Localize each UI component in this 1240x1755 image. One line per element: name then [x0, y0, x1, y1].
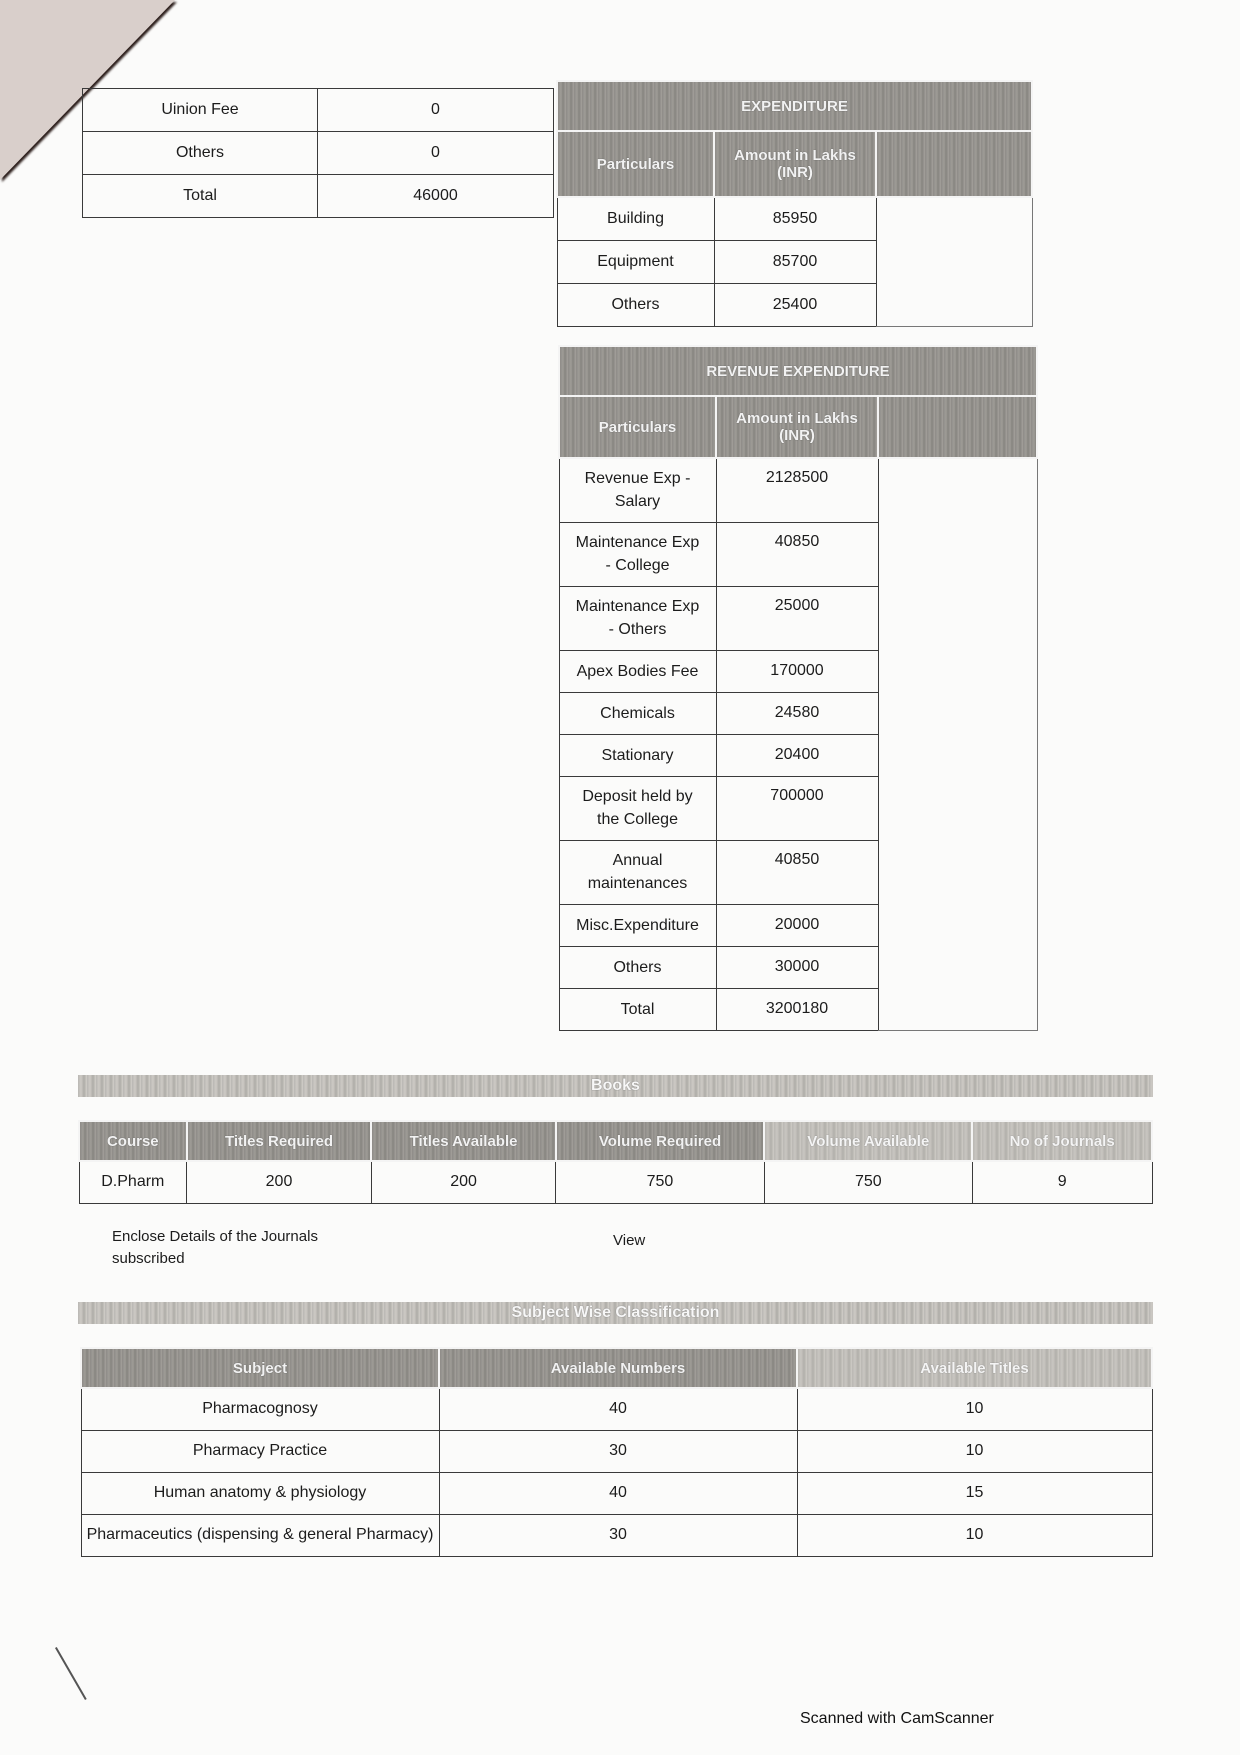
- fee-value: 0: [318, 89, 554, 132]
- subject-cell: 30: [439, 1514, 797, 1556]
- revenue-value: 24580: [716, 692, 878, 734]
- books-column-header: Titles Available: [371, 1121, 555, 1161]
- revenue-value: 20000: [716, 904, 878, 946]
- revenue-value: 2128500: [716, 458, 878, 522]
- revenue-value: 170000: [716, 650, 878, 692]
- fee-value: 0: [318, 132, 554, 175]
- expenditure-col-particulars: Particulars: [557, 131, 714, 197]
- expenditure-value: 25400: [714, 283, 876, 326]
- subject-cell: 10: [797, 1388, 1152, 1430]
- revenue-value: 20400: [716, 734, 878, 776]
- subject-cell: Human anatomy & physiology: [81, 1472, 439, 1514]
- subject-cell: Pharmacy Practice: [81, 1430, 439, 1472]
- revenue-col-particulars: Particulars: [559, 396, 716, 458]
- fee-label: Total: [83, 175, 318, 218]
- revenue-label: Others: [559, 946, 716, 988]
- revenue-value: 3200180: [716, 988, 878, 1030]
- expenditure-label: Others: [557, 283, 714, 326]
- subject-cell: Pharmacognosy: [81, 1388, 439, 1430]
- expenditure-table: EXPENDITURE Particulars Amount in Lakhs …: [556, 80, 1033, 327]
- subject-cell: 15: [797, 1472, 1152, 1514]
- revenue-label: Chemicals: [559, 692, 716, 734]
- subject-row: Pharmacy Practice3010: [81, 1430, 1152, 1472]
- revenue-expenditure-title: REVENUE EXPENDITURE: [559, 346, 1037, 396]
- revenue-label: Maintenance Exp - College: [559, 522, 716, 586]
- books-cell: D.Pharm: [79, 1161, 187, 1203]
- subject-cell: 10: [797, 1430, 1152, 1472]
- subject-cell: 10: [797, 1514, 1152, 1556]
- scanner-watermark: Scanned with CamScanner: [800, 1710, 994, 1728]
- books-column-header: No of Journals: [972, 1121, 1152, 1161]
- revenue-label: Total: [559, 988, 716, 1030]
- revenue-label: Deposit held by the College: [559, 776, 716, 840]
- expenditure-blank-cell: [876, 197, 1032, 326]
- expenditure-value: 85950: [714, 197, 876, 240]
- subject-cell: Pharmaceutics (dispensing & general Phar…: [81, 1514, 439, 1556]
- journals-label: Enclose Details of the Journals subscrib…: [112, 1226, 342, 1270]
- revenue-value: 40850: [716, 522, 878, 586]
- revenue-label: Misc.Expenditure: [559, 904, 716, 946]
- books-row: D.Pharm2002007507509: [79, 1161, 1152, 1203]
- books-table: CourseTitles RequiredTitles AvailableVol…: [78, 1120, 1153, 1204]
- journals-view-link[interactable]: View: [613, 1230, 645, 1252]
- revenue-col-blank: [878, 396, 1037, 458]
- books-column-header: Titles Required: [187, 1121, 372, 1161]
- subject-column-header: Available Titles: [797, 1348, 1152, 1388]
- revenue-value: 700000: [716, 776, 878, 840]
- pen-mark: [55, 1647, 87, 1700]
- revenue-label: Apex Bodies Fee: [559, 650, 716, 692]
- books-cell: 9: [972, 1161, 1152, 1203]
- revenue-row: Revenue Exp - Salary2128500: [559, 458, 1037, 522]
- subject-cell: 40: [439, 1388, 797, 1430]
- fee-label: Others: [83, 132, 318, 175]
- fee-value: 46000: [318, 175, 554, 218]
- expenditure-label: Building: [557, 197, 714, 240]
- subject-column-header: Subject: [81, 1348, 439, 1388]
- expenditure-label: Equipment: [557, 240, 714, 283]
- expenditure-row: Building85950: [557, 197, 1032, 240]
- books-cell: 750: [764, 1161, 972, 1203]
- revenue-label: Maintenance Exp - Others: [559, 586, 716, 650]
- expenditure-col-blank: [876, 131, 1032, 197]
- revenue-label: Annual maintenances: [559, 840, 716, 904]
- subject-wise-table: SubjectAvailable NumbersAvailable Titles…: [80, 1347, 1153, 1557]
- books-column-header: Course: [79, 1121, 187, 1161]
- fee-row: Others0: [83, 132, 554, 175]
- subject-column-header: Available Numbers: [439, 1348, 797, 1388]
- subject-cell: 30: [439, 1430, 797, 1472]
- subject-cell: 40: [439, 1472, 797, 1514]
- revenue-value: 40850: [716, 840, 878, 904]
- books-cell: 200: [371, 1161, 555, 1203]
- fee-row: Total46000: [83, 175, 554, 218]
- revenue-expenditure-table: REVENUE EXPENDITURE Particulars Amount i…: [558, 345, 1038, 1031]
- subject-wise-section-title: Subject Wise Classification: [78, 1302, 1153, 1324]
- books-cell: 750: [556, 1161, 765, 1203]
- fee-table: Uinion Fee0Others0Total46000: [82, 88, 554, 218]
- revenue-value: 25000: [716, 586, 878, 650]
- revenue-value: 30000: [716, 946, 878, 988]
- revenue-col-amount: Amount in Lakhs (INR): [716, 396, 878, 458]
- revenue-blank-cell: [878, 458, 1037, 1030]
- expenditure-title: EXPENDITURE: [557, 81, 1032, 131]
- books-cell: 200: [187, 1161, 372, 1203]
- expenditure-value: 85700: [714, 240, 876, 283]
- books-section-title: Books: [78, 1075, 1153, 1097]
- subject-row: Pharmaceutics (dispensing & general Phar…: [81, 1514, 1152, 1556]
- subject-row: Pharmacognosy4010: [81, 1388, 1152, 1430]
- books-column-header: Volume Available: [764, 1121, 972, 1161]
- revenue-label: Revenue Exp - Salary: [559, 458, 716, 522]
- subject-row: Human anatomy & physiology4015: [81, 1472, 1152, 1514]
- books-column-header: Volume Required: [556, 1121, 765, 1161]
- fee-label: Uinion Fee: [83, 89, 318, 132]
- expenditure-col-amount: Amount in Lakhs (INR): [714, 131, 876, 197]
- fee-row: Uinion Fee0: [83, 89, 554, 132]
- revenue-label: Stationary: [559, 734, 716, 776]
